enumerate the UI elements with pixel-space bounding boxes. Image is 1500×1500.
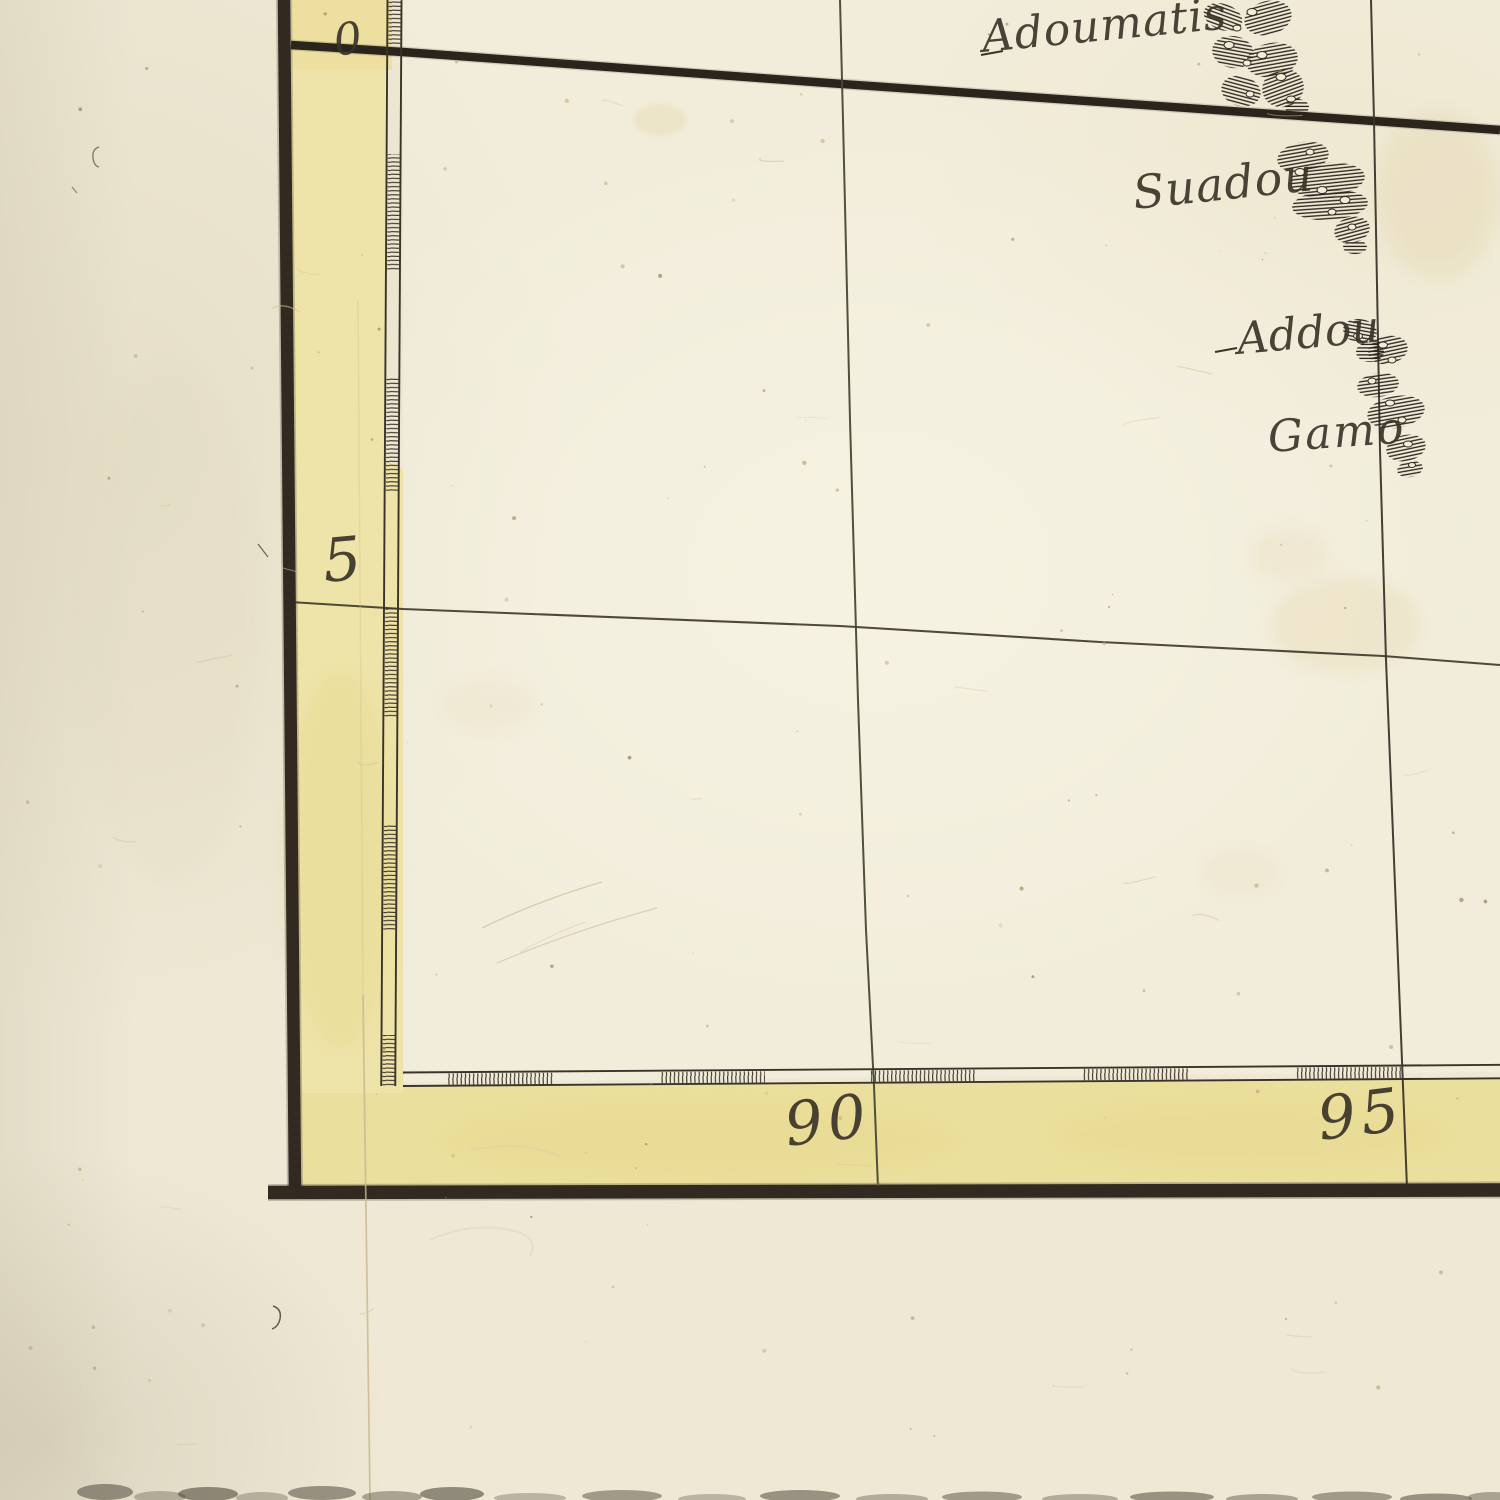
bottom-edge-smudge xyxy=(77,1484,1500,1500)
longitude-tick-label-95: 95 xyxy=(1314,1080,1407,1150)
latitude-tick-label-0: 0 xyxy=(331,16,365,63)
latitude-tick-label-5: 5 xyxy=(320,529,363,592)
map-interior xyxy=(403,0,1500,1082)
map-engraving xyxy=(0,0,1500,1500)
island-label-gamo: Gamo xyxy=(1266,406,1406,459)
map-sheet: Adoumatis Suadou Addou Gamo 0 5 90 95 xyxy=(0,0,1500,1500)
longitude-tick-label-90: 90 xyxy=(781,1086,874,1156)
island-label-addou: Addou xyxy=(1235,306,1381,362)
